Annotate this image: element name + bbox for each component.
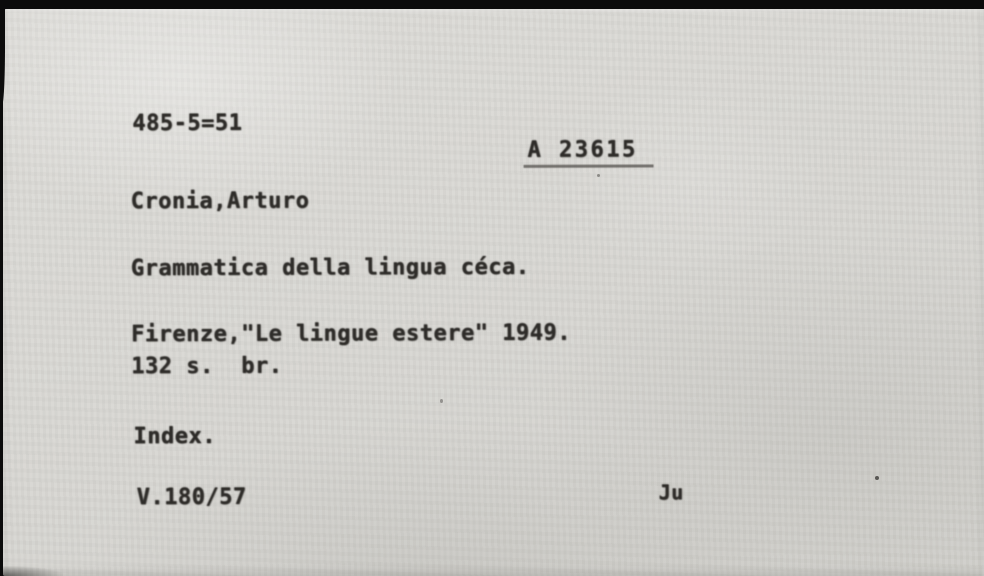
- index-note: Index.: [133, 424, 216, 449]
- accession-number-underlined: A 23615: [523, 137, 653, 167]
- paper-speck: [440, 399, 443, 403]
- typewritten-text-layer: 485-5=51 A 23615 Cronia,Arturo Grammatic…: [2, 7, 984, 576]
- catalog-card-photo: 485-5=51 A 23615 Cronia,Arturo Grammatic…: [0, 0, 984, 576]
- book-title: Grammatica della lingua céca.: [131, 255, 530, 281]
- index-card-paper: 485-5=51 A 23615 Cronia,Arturo Grammatic…: [3, 9, 984, 576]
- call-number: 485-5=51: [132, 111, 242, 136]
- paper-speck: [875, 476, 879, 480]
- collation-pages-binding: 132 s. br.: [131, 354, 282, 380]
- bottom-left-edge-shadow: [3, 566, 63, 576]
- paper-speck: [597, 174, 600, 177]
- shelf-mark: V.180/57: [137, 485, 247, 510]
- author-name: Cronia,Arturo: [131, 189, 310, 215]
- cataloguer-initials: Ju: [659, 480, 684, 504]
- imprint-publisher-year: Firenze,"Le lingue estere" 1949.: [131, 321, 571, 348]
